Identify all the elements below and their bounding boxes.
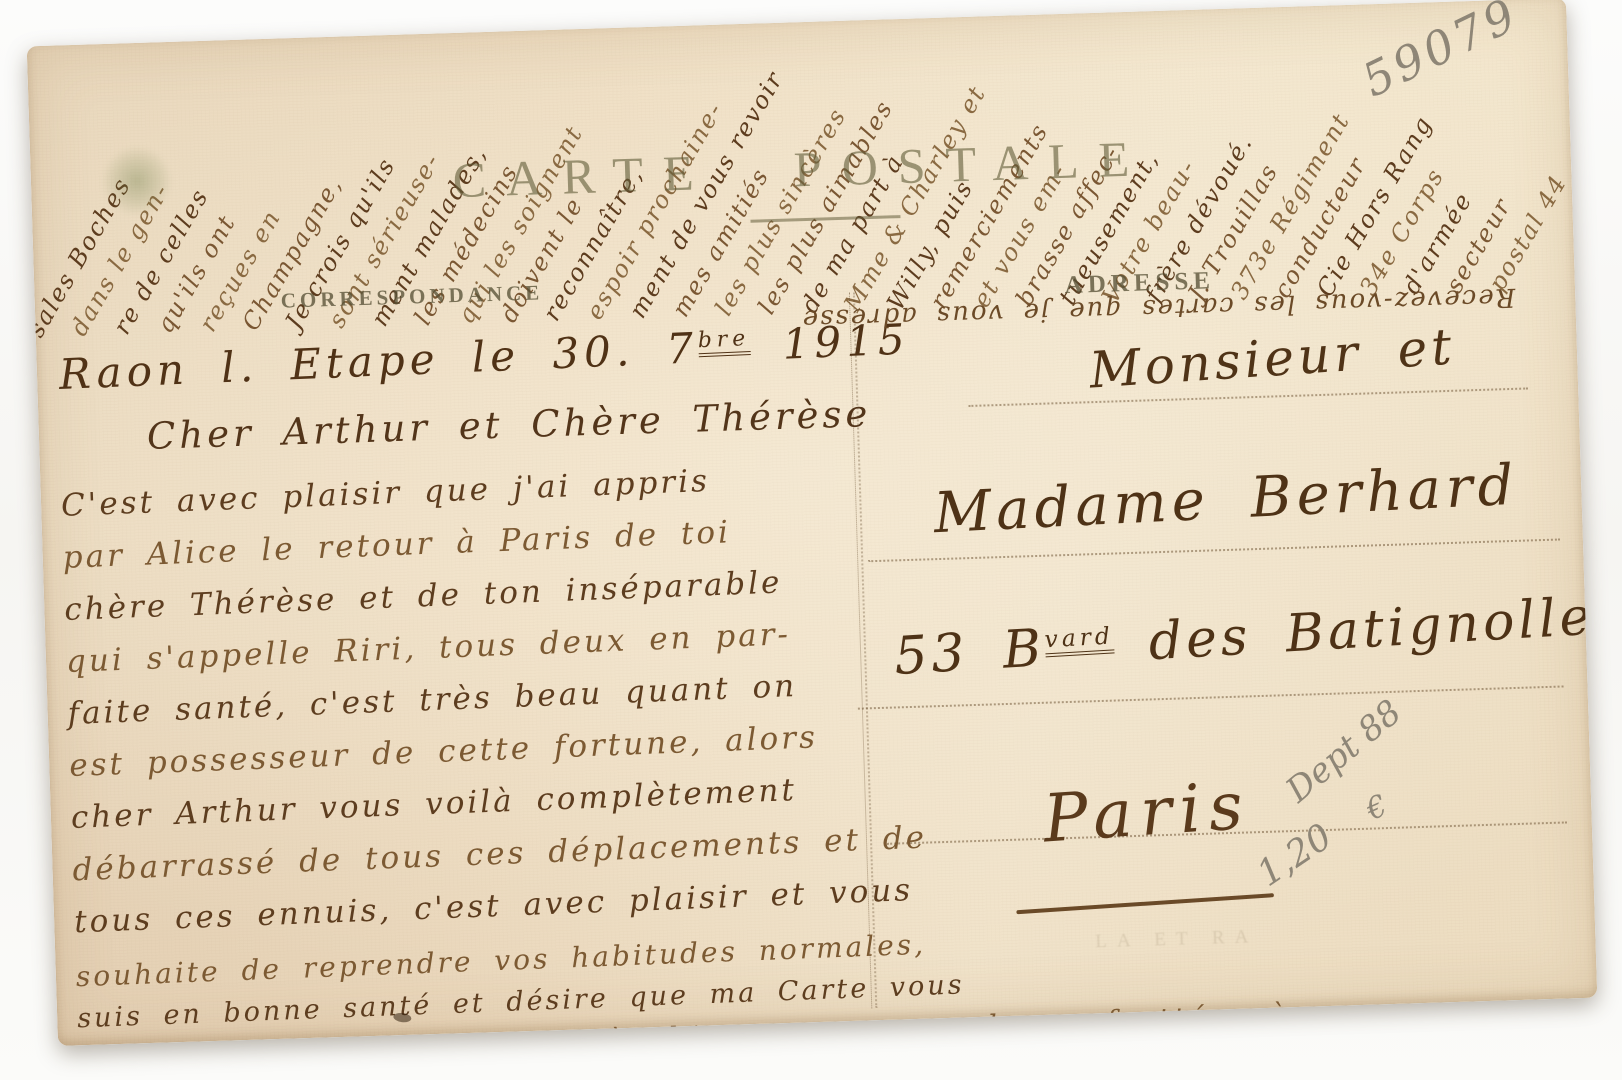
pencil-currency-symbol: €	[1361, 788, 1393, 828]
postcard-back: sales Bochesdans le gen-re de cellesqu'i…	[27, 0, 1598, 1046]
message-line: est possesseur de cette fortune, alors	[69, 719, 819, 784]
address-line-street: 53 Bvard des Batignolles	[893, 585, 1598, 687]
diagonal-writing-block: sales Bochesdans le gen-re de cellesqu'i…	[27, 0, 1566, 46]
city-underline-stroke	[1016, 893, 1274, 914]
pencil-price: 1,20	[1250, 816, 1339, 895]
message-line: cher Arthur vous voilà complètement	[70, 772, 797, 836]
message-line: par Alice le retour à Paris de toi	[62, 514, 732, 576]
address-rule-3	[858, 685, 1564, 709]
message-line: C'est avec plaisir que j'ai appris	[60, 463, 710, 524]
message-line: faite santé, c'est très beau quant on	[67, 668, 798, 732]
address-line-monsieur: Monsieur et	[1088, 317, 1457, 399]
show-through-ghost-print: LA ET RA	[1095, 926, 1259, 953]
salutation: Cher Arthur et Chère Thérèse	[146, 392, 872, 458]
pencil-dept-note: Dept 88	[1279, 692, 1410, 810]
address-rule-1	[968, 387, 1528, 407]
street-number-boulevard: 53 B	[893, 618, 1047, 687]
street-name: des Batignolles	[1147, 585, 1597, 672]
dateline-place-day: Raon l. Etape le 30. 7	[58, 323, 699, 399]
boulevard-abbrev: vard	[1044, 621, 1115, 657]
pencil-catalog-number: 59079	[1354, 0, 1527, 108]
message-line: qui s'appelle Riri, tous deux en par-	[65, 616, 791, 680]
message-line: chère Thérèse et de ton inséparable	[64, 564, 783, 628]
postcard-scan: sales Bochesdans le gen-re de cellesqu'i…	[0, 0, 1622, 1080]
message-body: C'est avec plaisir que j'ai apprispar Al…	[27, 0, 1566, 46]
address-line-madame: Madame Berhard	[932, 453, 1520, 547]
dateline-month-abbrev: bre	[697, 326, 750, 357]
dateline: Raon l. Etape le 30. 7bre 1915	[58, 314, 911, 399]
address-line-city: Paris	[1041, 767, 1253, 858]
